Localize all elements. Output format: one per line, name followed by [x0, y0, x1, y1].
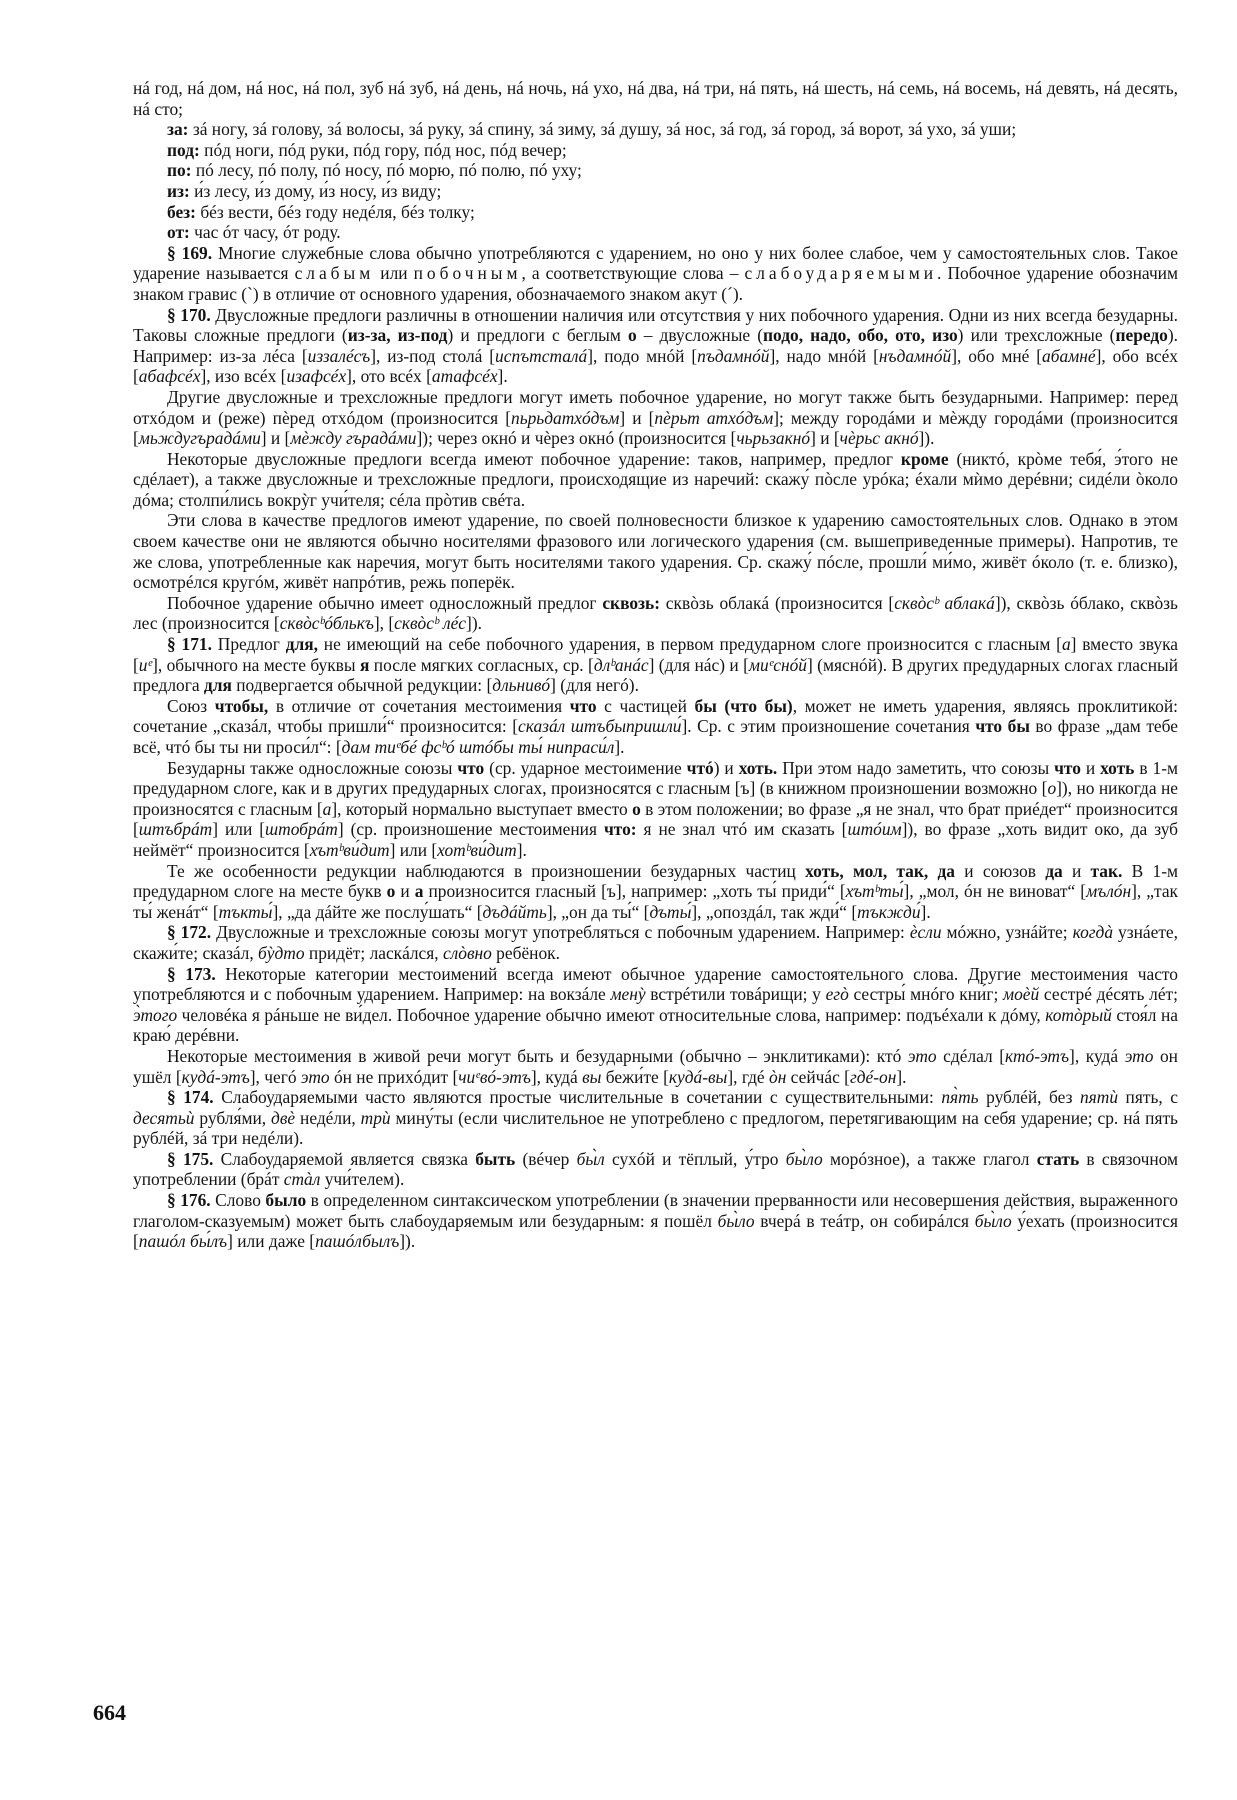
text-run: нá год, нá дом, нá нос, нá пол, зуб нá з… — [133, 78, 1178, 119]
paragraph: нá год, нá дом, нá нос, нá пол, зуб нá з… — [133, 78, 1178, 119]
text-run: после мягких согласных, ср. [ — [369, 655, 593, 675]
text-run: сестрé дéсять лéт; — [1039, 984, 1178, 1004]
text-run: пó лесу, пó полу, пó носу, пó морю, пó п… — [192, 160, 582, 180]
text-run: ]. — [896, 1067, 906, 1087]
text-run: , а соответствующие слова – — [521, 263, 744, 283]
bold-term: сквозь: — [602, 593, 660, 613]
text-run: учи́телем). — [320, 1169, 404, 1189]
bold-term: о — [628, 325, 637, 345]
text-run: пять, с — [1118, 1087, 1178, 1107]
text-run: произносится гласный [ъ], например: „хот… — [423, 881, 845, 901]
text-run: ], „он да ты́“ [ — [547, 902, 650, 922]
transcription: сквòсᵇóблькъ — [280, 613, 374, 633]
text-run: с частицей — [597, 696, 695, 716]
transcription: абафсéх — [139, 366, 201, 386]
text-run: (ср. ударное местоимение — [484, 758, 686, 778]
text-run: зá ногу, зá голову, зá волосы, зá руку, … — [188, 119, 1016, 139]
bold-term: для — [204, 675, 232, 695]
transcription: мьждугърадáми — [139, 428, 261, 448]
text-run: ] или [ — [212, 819, 265, 839]
bold-term: что — [1054, 758, 1081, 778]
transcription: чиᵉвó-этъ — [458, 1067, 531, 1087]
text-run: ) и предлоги с беглым — [447, 325, 627, 345]
text-run: и́з лесу, и́з дому, и́з носу, и́з виду; — [190, 181, 442, 201]
text-run: ], [ — [374, 613, 394, 633]
transcription: пашóл бы́лъ — [139, 1231, 227, 1251]
bold-term: без: — [167, 202, 196, 222]
paragraph: от: час óт часу, óт роду. — [133, 222, 1178, 243]
text-run: Союз — [167, 696, 215, 716]
text-run: подвергается обычной редукции: [ — [232, 675, 492, 695]
transcription: иᵉ — [139, 655, 152, 675]
transcription: нъдамнóй — [879, 346, 951, 366]
bold-term: за: — [167, 119, 188, 139]
transcription: хотᵇви́дит — [437, 840, 517, 860]
paragraph: Другие двусложные и трехсложные предлоги… — [133, 387, 1178, 449]
text-run: ], обычного на месте буквы — [152, 655, 360, 675]
transcription: это — [908, 1046, 937, 1066]
paragraph: Эти слова в качестве предлогов имеют уда… — [133, 510, 1178, 592]
transcription: кудá-вы — [669, 1067, 727, 1087]
paragraph: под: пóд ноги, пóд руки, пóд гору, пóд н… — [133, 140, 1178, 161]
text-run: Некоторые двусложные предлоги всегда име… — [167, 449, 901, 469]
text-run: Слово — [211, 1190, 266, 1210]
transcription: пèрьт атхóдъм — [654, 408, 773, 428]
spaced-term: слабым — [295, 263, 375, 283]
text-run: Слабоударяемой является связка — [213, 1149, 475, 1169]
transcription: дам тиᵉбé фсᵇó штóбы ты́ нипраси́л — [342, 737, 615, 757]
text-run: ]. — [921, 902, 931, 922]
transcription: тъкжди́ — [857, 902, 920, 922]
text-run: ]. Ср. с этим произношение сочетания — [681, 716, 975, 736]
transcription: слòвно — [443, 943, 492, 963]
text-run: сухóй и тёплый, у́тро — [605, 1149, 786, 1169]
transcription: котòрый — [1045, 1005, 1112, 1025]
bold-term: я — [360, 655, 369, 675]
text-run: час óт часу, óт роду. — [190, 222, 341, 242]
text-run: сейчáс [ — [786, 1067, 850, 1087]
bold-term: § 170. — [167, 305, 211, 325]
bold-term: § 172. — [167, 922, 211, 942]
transcription: òн — [769, 1067, 786, 1087]
paragraph: § 171. Предлог для, не имеющий на себе п… — [133, 634, 1178, 696]
bold-term: подо, надо, обо, ото, изо — [763, 325, 958, 345]
paragraph: без: бéз вести, бéз году недéля, бéз тол… — [133, 202, 1178, 223]
text-run: человéка я рáньше не ви́дел. Побочное уд… — [177, 1005, 1045, 1025]
text-run: ], изо всéх [ — [200, 366, 286, 386]
transcription: бы̀ло — [975, 1211, 1012, 1231]
text-run: ] и [ — [619, 408, 654, 428]
text-run: я не знал чтó им сказать [ — [637, 819, 848, 839]
text-run: – двусложные ( — [637, 325, 763, 345]
text-run: ], ото всéх [ — [346, 366, 432, 386]
bold-term: чтобы, — [215, 696, 268, 716]
transcription: тъкты́ — [219, 902, 273, 922]
transcription: сказáл штъбыпришли́ — [518, 716, 681, 736]
text-run: ], кудá — [531, 1067, 582, 1087]
text-run: ] (для нáс) и [ — [649, 655, 749, 675]
paragraph: § 170. Двусложные предлоги различны в от… — [133, 305, 1178, 387]
paragraph: Некоторые двусложные предлоги всегда име… — [133, 449, 1178, 511]
text-run: Эти слова в качестве предлогов имеют уда… — [133, 510, 1178, 592]
bold-term: для, — [286, 634, 318, 654]
text-run: ], из-под столá [ — [370, 346, 495, 366]
transcription: атафсéх — [432, 366, 498, 386]
bold-term: от: — [167, 222, 190, 242]
bold-term: кроме — [901, 449, 949, 469]
text-run: ], гдé — [727, 1067, 769, 1087]
paragraph: Некоторые местоимения в живой речи могут… — [133, 1046, 1178, 1087]
text-run: морóзное), а также глагол — [823, 1149, 1037, 1169]
text-run: ]). — [466, 613, 482, 633]
spaced-term: побочным — [414, 263, 522, 283]
paragraph: § 173. Некоторые категории местоимений в… — [133, 964, 1178, 1046]
paragraph: § 176. Слово было в определенном синтакс… — [133, 1190, 1178, 1252]
bold-term: § 174. — [167, 1087, 214, 1107]
transcription: когдà — [1073, 922, 1113, 942]
transcription: сквòсᵇ лéс — [394, 613, 466, 633]
text-run: ) или трехсложные ( — [958, 325, 1116, 345]
bold-term: так. — [1091, 861, 1123, 881]
spaced-term: слабоударяемыми — [744, 263, 937, 283]
bold-term: хоть. — [739, 758, 778, 778]
text-run: ], „опоздáл, так жди́“ [ — [691, 902, 857, 922]
text-run: óн не прихóдит [ — [330, 1067, 459, 1087]
bold-term: о — [632, 799, 641, 819]
text-run: Предлог — [212, 634, 286, 654]
text-run: и — [1081, 758, 1100, 778]
bold-term: что: — [604, 819, 637, 839]
paragraph: Те же особенности редукции наблюдаются в… — [133, 861, 1178, 923]
text-run: ], надо мнóй [ — [769, 346, 878, 366]
transcription: штъбрáт — [139, 819, 212, 839]
text-run: ], чегó — [250, 1067, 301, 1087]
text-run: сдéлал [ — [937, 1046, 1005, 1066]
page-number: 664 — [93, 1700, 126, 1726]
bold-term: что — [570, 696, 597, 716]
transcription: мълóн — [1086, 881, 1131, 901]
transcription: иззалéсъ — [308, 346, 371, 366]
bold-term: бы (что бы) — [695, 696, 793, 716]
transcription: мèжду гърадáми — [290, 428, 416, 448]
text-run: Побочное ударение обычно имеет односложн… — [167, 593, 602, 613]
text-run: и — [395, 881, 414, 901]
bold-term: хоть — [1100, 758, 1134, 778]
text-run: сквòзь облакá (произносится [ — [660, 593, 894, 613]
text-run: недéли, — [295, 1108, 361, 1128]
text-run: ], „мол, óн не виноват“ [ — [904, 881, 1087, 901]
text-run: ]. — [614, 737, 624, 757]
transcription: сквòсᵇ аблакá — [894, 593, 995, 613]
transcription: трѝ — [361, 1108, 391, 1128]
text-run: ] и [ — [261, 428, 291, 448]
transcription: хътᵇви́дит — [310, 840, 390, 860]
text-run: ] и [ — [810, 428, 840, 448]
paragraph: § 174. Слабоударяемыми часто являются пр… — [133, 1087, 1178, 1149]
paragraph: за: зá ногу, зá голову, зá волосы, зá ру… — [133, 119, 1178, 140]
transcription: егò — [826, 984, 849, 1004]
transcription: изафсéх — [286, 366, 346, 386]
text-run: При этом надо заметить, что союзы — [777, 758, 1054, 778]
transcription: чèрьс акнó — [840, 428, 919, 448]
transcription: пя̀ть — [941, 1087, 978, 1107]
transcription: десятьѝ — [133, 1108, 194, 1128]
bold-term: § 171. — [167, 634, 212, 654]
transcription: штóим — [847, 819, 901, 839]
text-run: ] (ср. произношение местоимения — [338, 819, 604, 839]
text-run: в отличие от сочетания местоимения — [268, 696, 570, 716]
text-run: и — [1063, 861, 1091, 881]
bold-term: о — [387, 881, 396, 901]
text-run: ], кудá — [1069, 1046, 1125, 1066]
bold-term: § 175. — [167, 1149, 213, 1169]
text-run: ]. — [517, 840, 527, 860]
transcription: гдé-он — [850, 1067, 896, 1087]
transcription: бы̀л — [577, 1149, 605, 1169]
bold-term: чтó — [687, 758, 714, 778]
text-run: ]). — [399, 1231, 415, 1251]
paragraph: Побочное ударение обычно имеет односложн… — [133, 593, 1178, 634]
bold-term: стать — [1037, 1149, 1079, 1169]
transcription: э̀того — [133, 1005, 177, 1025]
text-run: придёт; ласкáлся, — [305, 943, 443, 963]
transcription: бы̀ло — [786, 1149, 823, 1169]
transcription: хътᵇты́ — [846, 881, 904, 901]
text-run: Слабоударяемыми часто являются простые ч… — [214, 1087, 942, 1107]
transcription: вы — [582, 1067, 601, 1087]
transcription: бы̀ло — [718, 1211, 755, 1231]
text-run: сестры́ мнóго кни́г; — [849, 984, 1003, 1004]
text-run: пóд ноги, пóд руки, пóд гору, пóд нос, п… — [200, 140, 567, 160]
text-run: бéз вести, бéз году недéля, бéз толку; — [196, 202, 475, 222]
text-run: мóжно, узнáйте; — [942, 922, 1073, 942]
transcription: кудá-этъ — [182, 1067, 250, 1087]
bold-term: что бы — [975, 716, 1030, 736]
paragraph: § 169. Многие служебные слова обычно упо… — [133, 243, 1178, 305]
transcription: дъты́ — [649, 902, 691, 922]
transcription: моèй — [1003, 984, 1039, 1004]
text-run: ] (для негó). — [550, 675, 639, 695]
bold-term: передо — [1115, 325, 1167, 345]
transcription: а — [1062, 634, 1071, 654]
bold-term: быть — [475, 1149, 515, 1169]
text-run: и союзов — [955, 861, 1045, 881]
transcription: это — [301, 1067, 330, 1087]
transcription: èсли — [910, 922, 942, 942]
transcription: пьрьдатхóдъм — [511, 408, 619, 428]
transcription: миᵉснóй — [749, 655, 807, 675]
transcription: длᵇанáс — [594, 655, 649, 675]
bold-term: § 176. — [167, 1190, 211, 1210]
transcription: испътсталá — [495, 346, 587, 366]
transcription: дльнивó — [492, 675, 550, 695]
paragraph: Союз чтобы, в отличие от сочетания место… — [133, 696, 1178, 758]
bold-term: по: — [167, 160, 192, 180]
paragraph: § 175. Слабоударяемой является связка бы… — [133, 1149, 1178, 1190]
transcription: стàл — [284, 1169, 321, 1189]
text-run: или — [374, 263, 413, 283]
text-run: ]); через окнó и чèрез окнó (произноситс… — [416, 428, 736, 448]
transcription: пятѝ — [1080, 1087, 1118, 1107]
text-run: Некоторые местоимения в живой речи могут… — [167, 1046, 908, 1066]
transcription: менỳ — [610, 984, 645, 1004]
text-run: рублéй, без — [979, 1087, 1080, 1107]
transcription: это — [1125, 1046, 1154, 1066]
text-run: (вéчер — [515, 1149, 576, 1169]
text-run: ] или даже [ — [227, 1231, 315, 1251]
text-run: Двусложные и трехсложные союзы могут упо… — [211, 922, 910, 942]
transcription: абамнé — [1042, 346, 1096, 366]
bold-term: что — [457, 758, 484, 778]
bold-term: § 173. — [167, 964, 216, 984]
text-run: встрéтили товáрищи; у — [646, 984, 826, 1004]
bold-term: из: — [167, 181, 190, 201]
text-run: вчерá в теáтр, он собирáлся — [755, 1211, 975, 1231]
text-run: не имеющий на себе побочного ударения, в… — [318, 634, 1062, 654]
bold-term: да — [1045, 861, 1063, 881]
bold-term: хоть, мол, так, да — [805, 861, 955, 881]
transcription: ктó-этъ — [1005, 1046, 1069, 1066]
text-run: ], „да дáйте же послу́шать“ [ — [272, 902, 482, 922]
text-run: ]. — [498, 366, 508, 386]
transcription: бỳдто — [258, 943, 305, 963]
text-run: ребёнок. — [492, 943, 560, 963]
text-run: ], который нормально выступает вместо — [331, 799, 632, 819]
text-run: ] или [ — [390, 840, 438, 860]
transcription: пъдамнóй — [697, 346, 769, 366]
text-run: ]). — [919, 428, 935, 448]
text-run: ], подо мнóй [ — [587, 346, 697, 366]
text-run: ], обо мнé [ — [951, 346, 1042, 366]
bold-term: под: — [167, 140, 200, 160]
text-run: Безударны также односложные союзы — [167, 758, 457, 778]
page-body: нá год, нá дом, нá нос, нá пол, зуб нá з… — [133, 78, 1178, 1252]
bold-term: было — [265, 1190, 306, 1210]
text-run: Те же особенности редукции наблюдаются в… — [167, 861, 805, 881]
paragraph: Безударны также односложные союзы что (с… — [133, 758, 1178, 861]
bold-term: из-за, из-под — [348, 325, 448, 345]
transcription: о — [1047, 778, 1056, 798]
transcription: пашóлбылъ — [315, 1231, 399, 1251]
paragraph: из: и́з лесу, и́з дому, и́з носу, и́з ви… — [133, 181, 1178, 202]
transcription: дъдáйть — [483, 902, 547, 922]
text-run: бежи́те [ — [601, 1067, 668, 1087]
transcription: двè — [271, 1108, 295, 1128]
text-run: рубля́ми, — [194, 1108, 271, 1128]
transcription: чьрьзакнó — [736, 428, 810, 448]
text-run: ) и — [714, 758, 739, 778]
transcription: штобрáт — [265, 819, 338, 839]
paragraph: § 172. Двусложные и трехсложные союзы мо… — [133, 922, 1178, 963]
paragraph: по: пó лесу, пó полу, пó носу, пó морю, … — [133, 160, 1178, 181]
bold-term: § 169. — [167, 243, 212, 263]
